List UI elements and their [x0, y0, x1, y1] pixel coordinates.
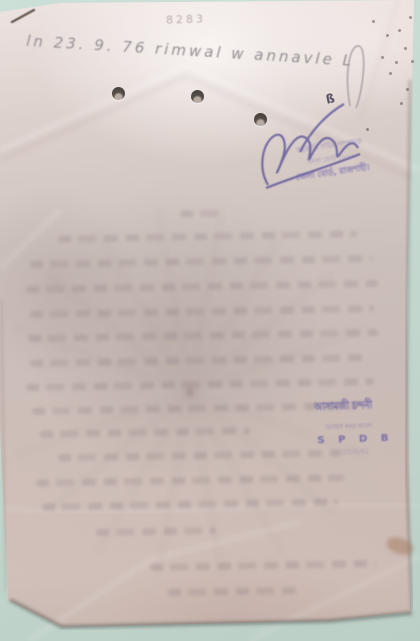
- punch-hole: [254, 113, 267, 126]
- ink-dot: [366, 128, 369, 131]
- document-photo: 8283 ln 23. 9. 76 rimwal w annavle L ß স…: [0, 0, 420, 641]
- punch-hole: [112, 87, 125, 100]
- ink-dot: [406, 88, 409, 91]
- paper-sheet: [0, 0, 420, 641]
- ink-dot: [411, 60, 414, 63]
- ink-dot: [400, 102, 403, 105]
- faded-text-line: [180, 210, 226, 218]
- office-stamp-bottom: আসামজী চন্দনী ডিসমিস করার আদেশ S P D B 2…: [293, 395, 417, 458]
- ink-dot: [389, 72, 392, 75]
- stamp-bottom-letters: S P D B: [294, 432, 416, 447]
- ink-dot: [381, 56, 384, 59]
- ink-dot: [404, 47, 407, 50]
- ink-dot: [409, 16, 412, 19]
- ink-dot: [395, 61, 398, 64]
- ink-dot: [386, 34, 389, 37]
- stamp-bottom-line1: আসামজী চন্দনী: [293, 396, 394, 418]
- ink-dot: [372, 20, 375, 23]
- pencil-serial-number: 8283: [166, 12, 206, 26]
- ink-dot: [398, 29, 401, 32]
- punch-hole: [191, 90, 204, 103]
